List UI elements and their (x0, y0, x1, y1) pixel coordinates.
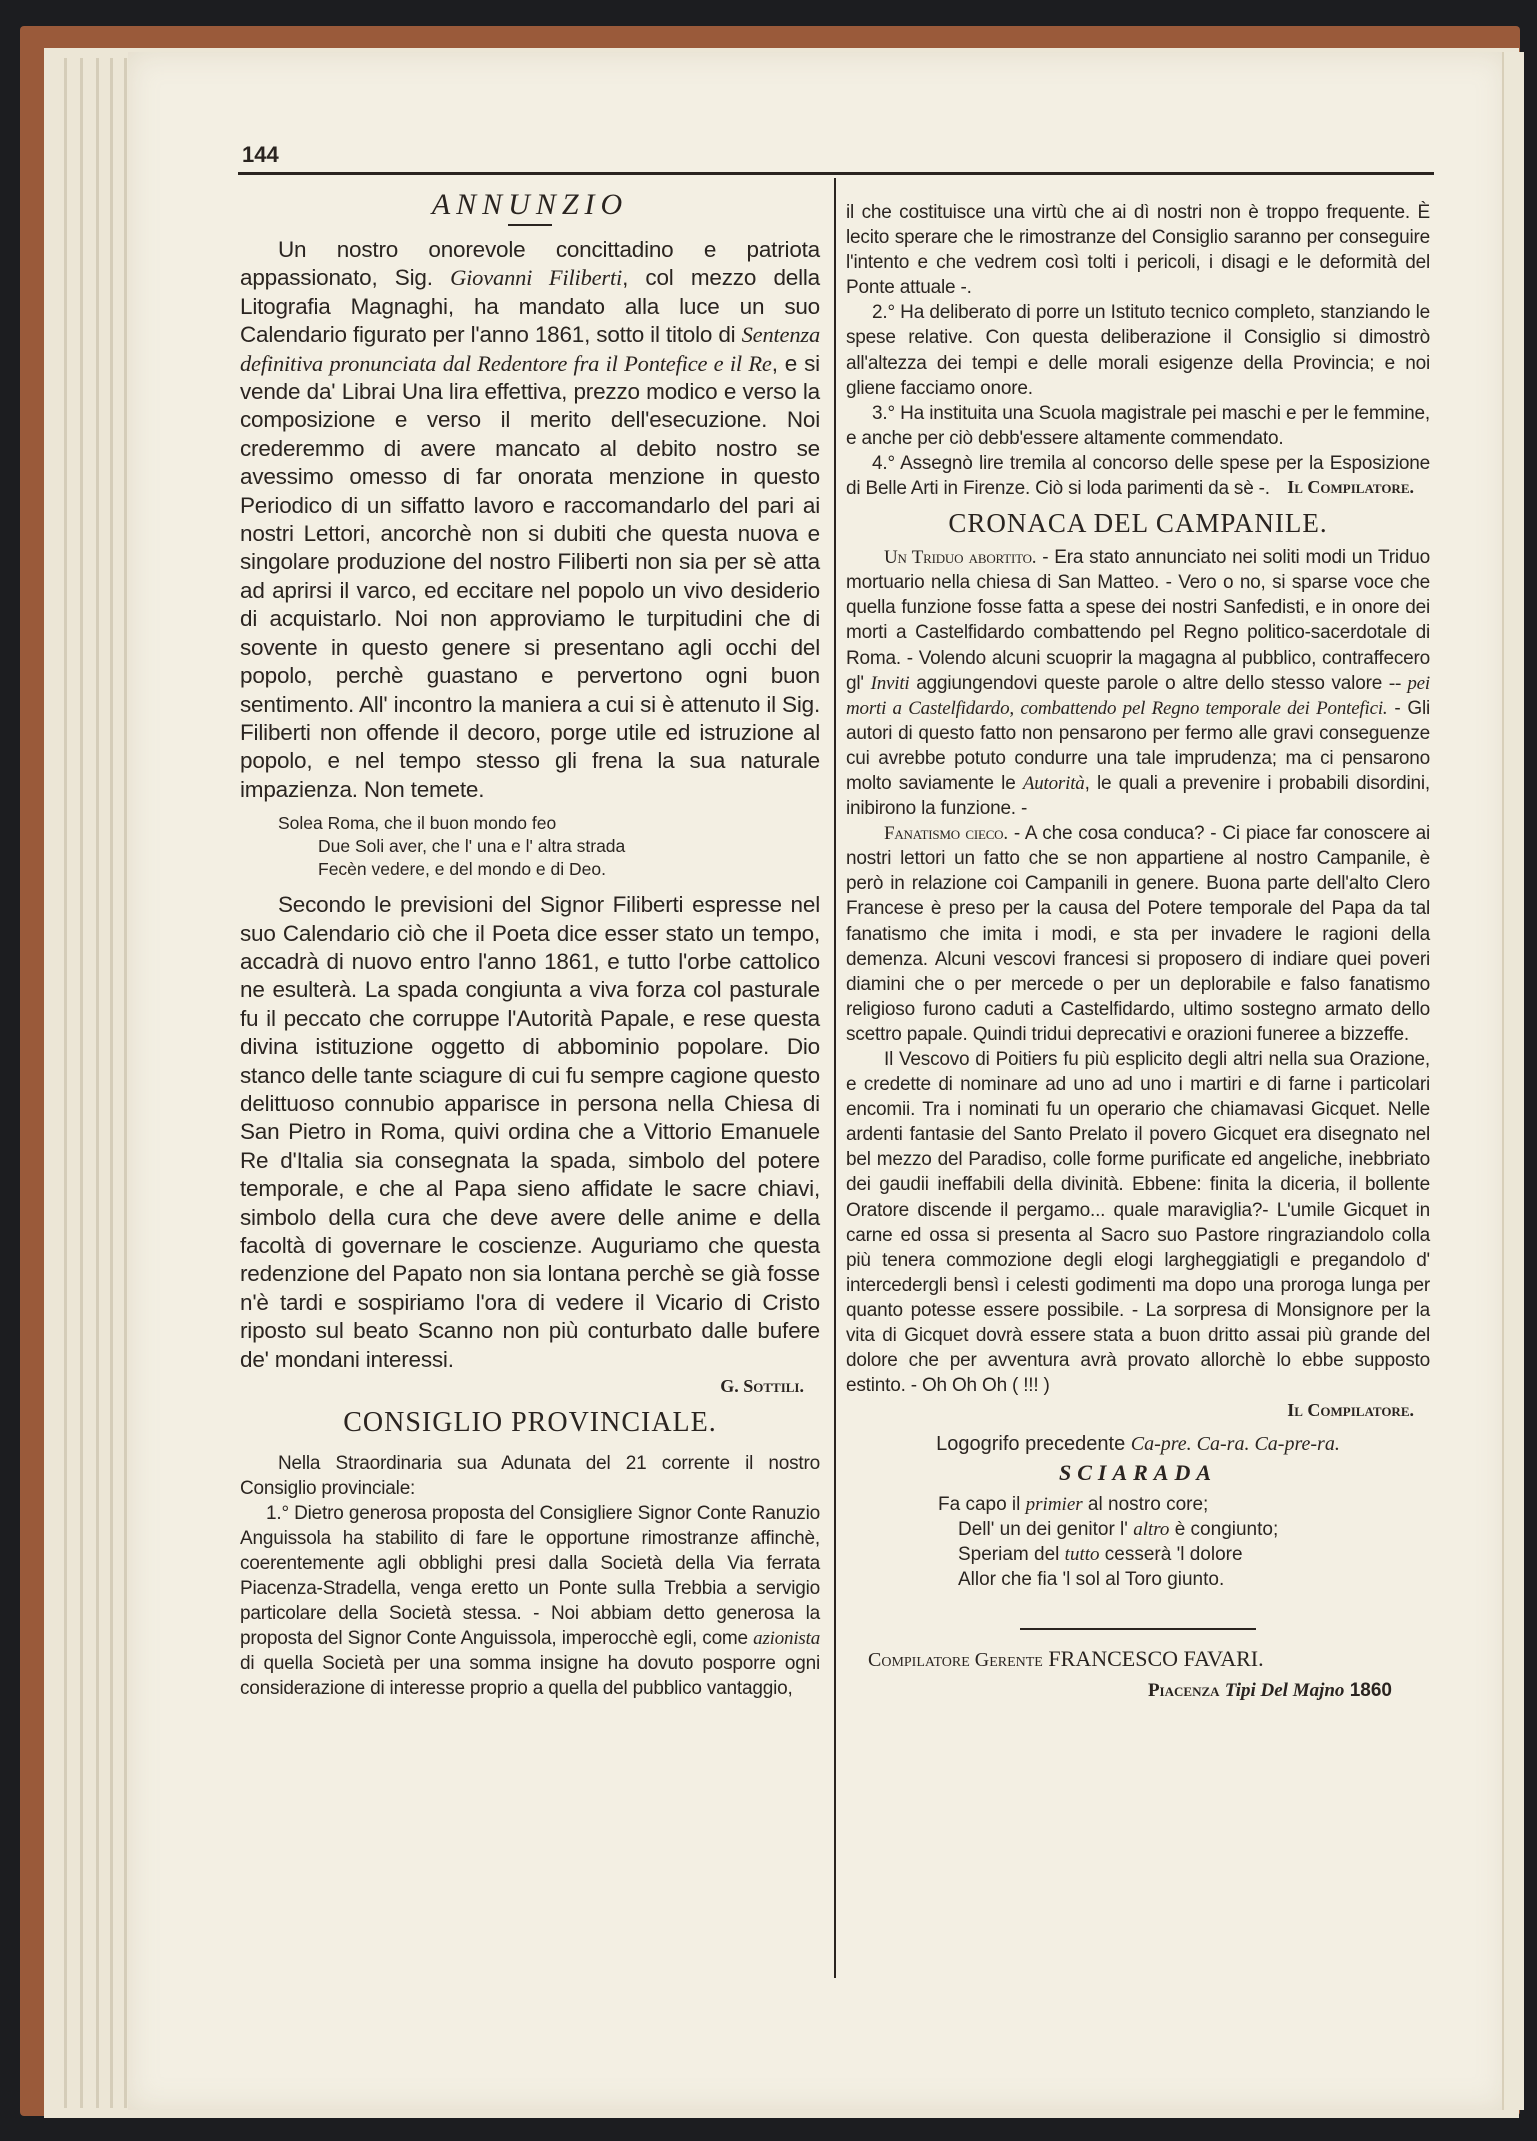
verse-line: Dell' un dei genitor l' altro è congiunt… (846, 1517, 1430, 1542)
verse-line: Speriam del tutto cesserà 'l dolore (846, 1542, 1430, 1567)
logogrifo-label: Logogrifo precedente (936, 1433, 1125, 1455)
editor-name: FRANCESCO FAVARI. (1048, 1646, 1263, 1671)
header-rule (238, 172, 1434, 175)
verse-line: Allor che fia 'l sol al Toro giunto. (846, 1567, 1430, 1592)
author-signature: Il Compilatore. (846, 1400, 1414, 1421)
column-divider (834, 178, 836, 1978)
verse-line: Fecèn vedere, e del mondo e di Deo. (240, 858, 820, 881)
editor-credit: Compilatore Gerente FRANCESCO FAVARI. (846, 1646, 1430, 1672)
author-signature: G. Sottili. (240, 1376, 804, 1397)
right-column: il che costituisce una virtù che ai dì n… (846, 200, 1430, 1702)
article-paragraph: il che costituisce una virtù che ai dì n… (846, 200, 1430, 300)
annunzio-article: ANNUNZIO Un nostro onorevole concittadin… (240, 188, 820, 1397)
footer-rule (1020, 1628, 1256, 1630)
article-title: ANNUNZIO (240, 188, 820, 222)
sciarada-title: SCIARADA (846, 1460, 1430, 1486)
printer-city: Piacenza (1148, 1680, 1220, 1701)
consiglio-article: CONSIGLIO PROVINCIALE. Nella Straordinar… (240, 1407, 820, 1701)
printer-name: Tipi Del Majno (1225, 1680, 1345, 1701)
logogrifo-solution: Ca-pre. Ca-ra. Ca-pre-ra. (1131, 1433, 1340, 1455)
article-paragraph: Il Vescovo di Poitiers fu più esplicito … (846, 1047, 1430, 1398)
sciarada-verse: Fa capo il primier al nostro core; Dell'… (846, 1492, 1430, 1592)
printer-imprint: Piacenza Tipi Del Majno 1860 (846, 1680, 1430, 1702)
news-item-heading: Un Triduo abortito. (884, 547, 1036, 568)
logogrifo-answer: Logogrifo precedente Ca-pre. Ca-ra. Ca-p… (846, 1433, 1430, 1456)
verse-quote: Solea Roma, che il buon mondo feo Due So… (240, 812, 820, 881)
editor-role: Compilatore Gerente (868, 1649, 1043, 1671)
article-paragraph: Nella Straordinaria sua Adunata del 21 c… (240, 1451, 820, 1501)
title-dash (508, 224, 552, 226)
numbered-item: 3.° Ha instituita una Scuola magistrale … (846, 401, 1430, 451)
verse-line: Solea Roma, che il buon mondo feo (240, 812, 820, 835)
news-item-triduo: Un Triduo abortito. - Era stato annuncia… (846, 545, 1430, 821)
page-number: 144 (242, 142, 279, 168)
numbered-item: 2.° Ha deliberato di porre un Istituto t… (846, 300, 1430, 400)
numbered-item: 1.° Dietro generosa proposta del Consigl… (240, 1501, 820, 1701)
news-item-fanatismo: Fanatismo cieco. - A che cosa conduca? -… (846, 821, 1430, 1047)
print-year: 1860 (1350, 1680, 1392, 1701)
article-paragraph: Un nostro onorevole concittadino e patri… (240, 236, 820, 804)
article-title: CRONACA DEL CAMPANILE. (846, 508, 1430, 539)
news-item-heading: Fanatismo cieco. (884, 823, 1008, 844)
article-paragraph: Secondo le previsioni del Signor Filiber… (240, 891, 820, 1374)
left-column: ANNUNZIO Un nostro onorevole concittadin… (240, 188, 820, 1701)
cronaca-article: CRONACA DEL CAMPANILE. Un Triduo abortit… (846, 508, 1430, 1421)
article-title: CONSIGLIO PROVINCIALE. (240, 1407, 820, 1439)
facing-page-edge (1502, 52, 1524, 2110)
verse-line: Fa capo il primier al nostro core; (846, 1492, 1430, 1517)
verse-line: Due Soli aver, che l' una e l' altra str… (240, 835, 820, 858)
consiglio-continued: il che costituisce una virtù che ai dì n… (846, 200, 1430, 498)
